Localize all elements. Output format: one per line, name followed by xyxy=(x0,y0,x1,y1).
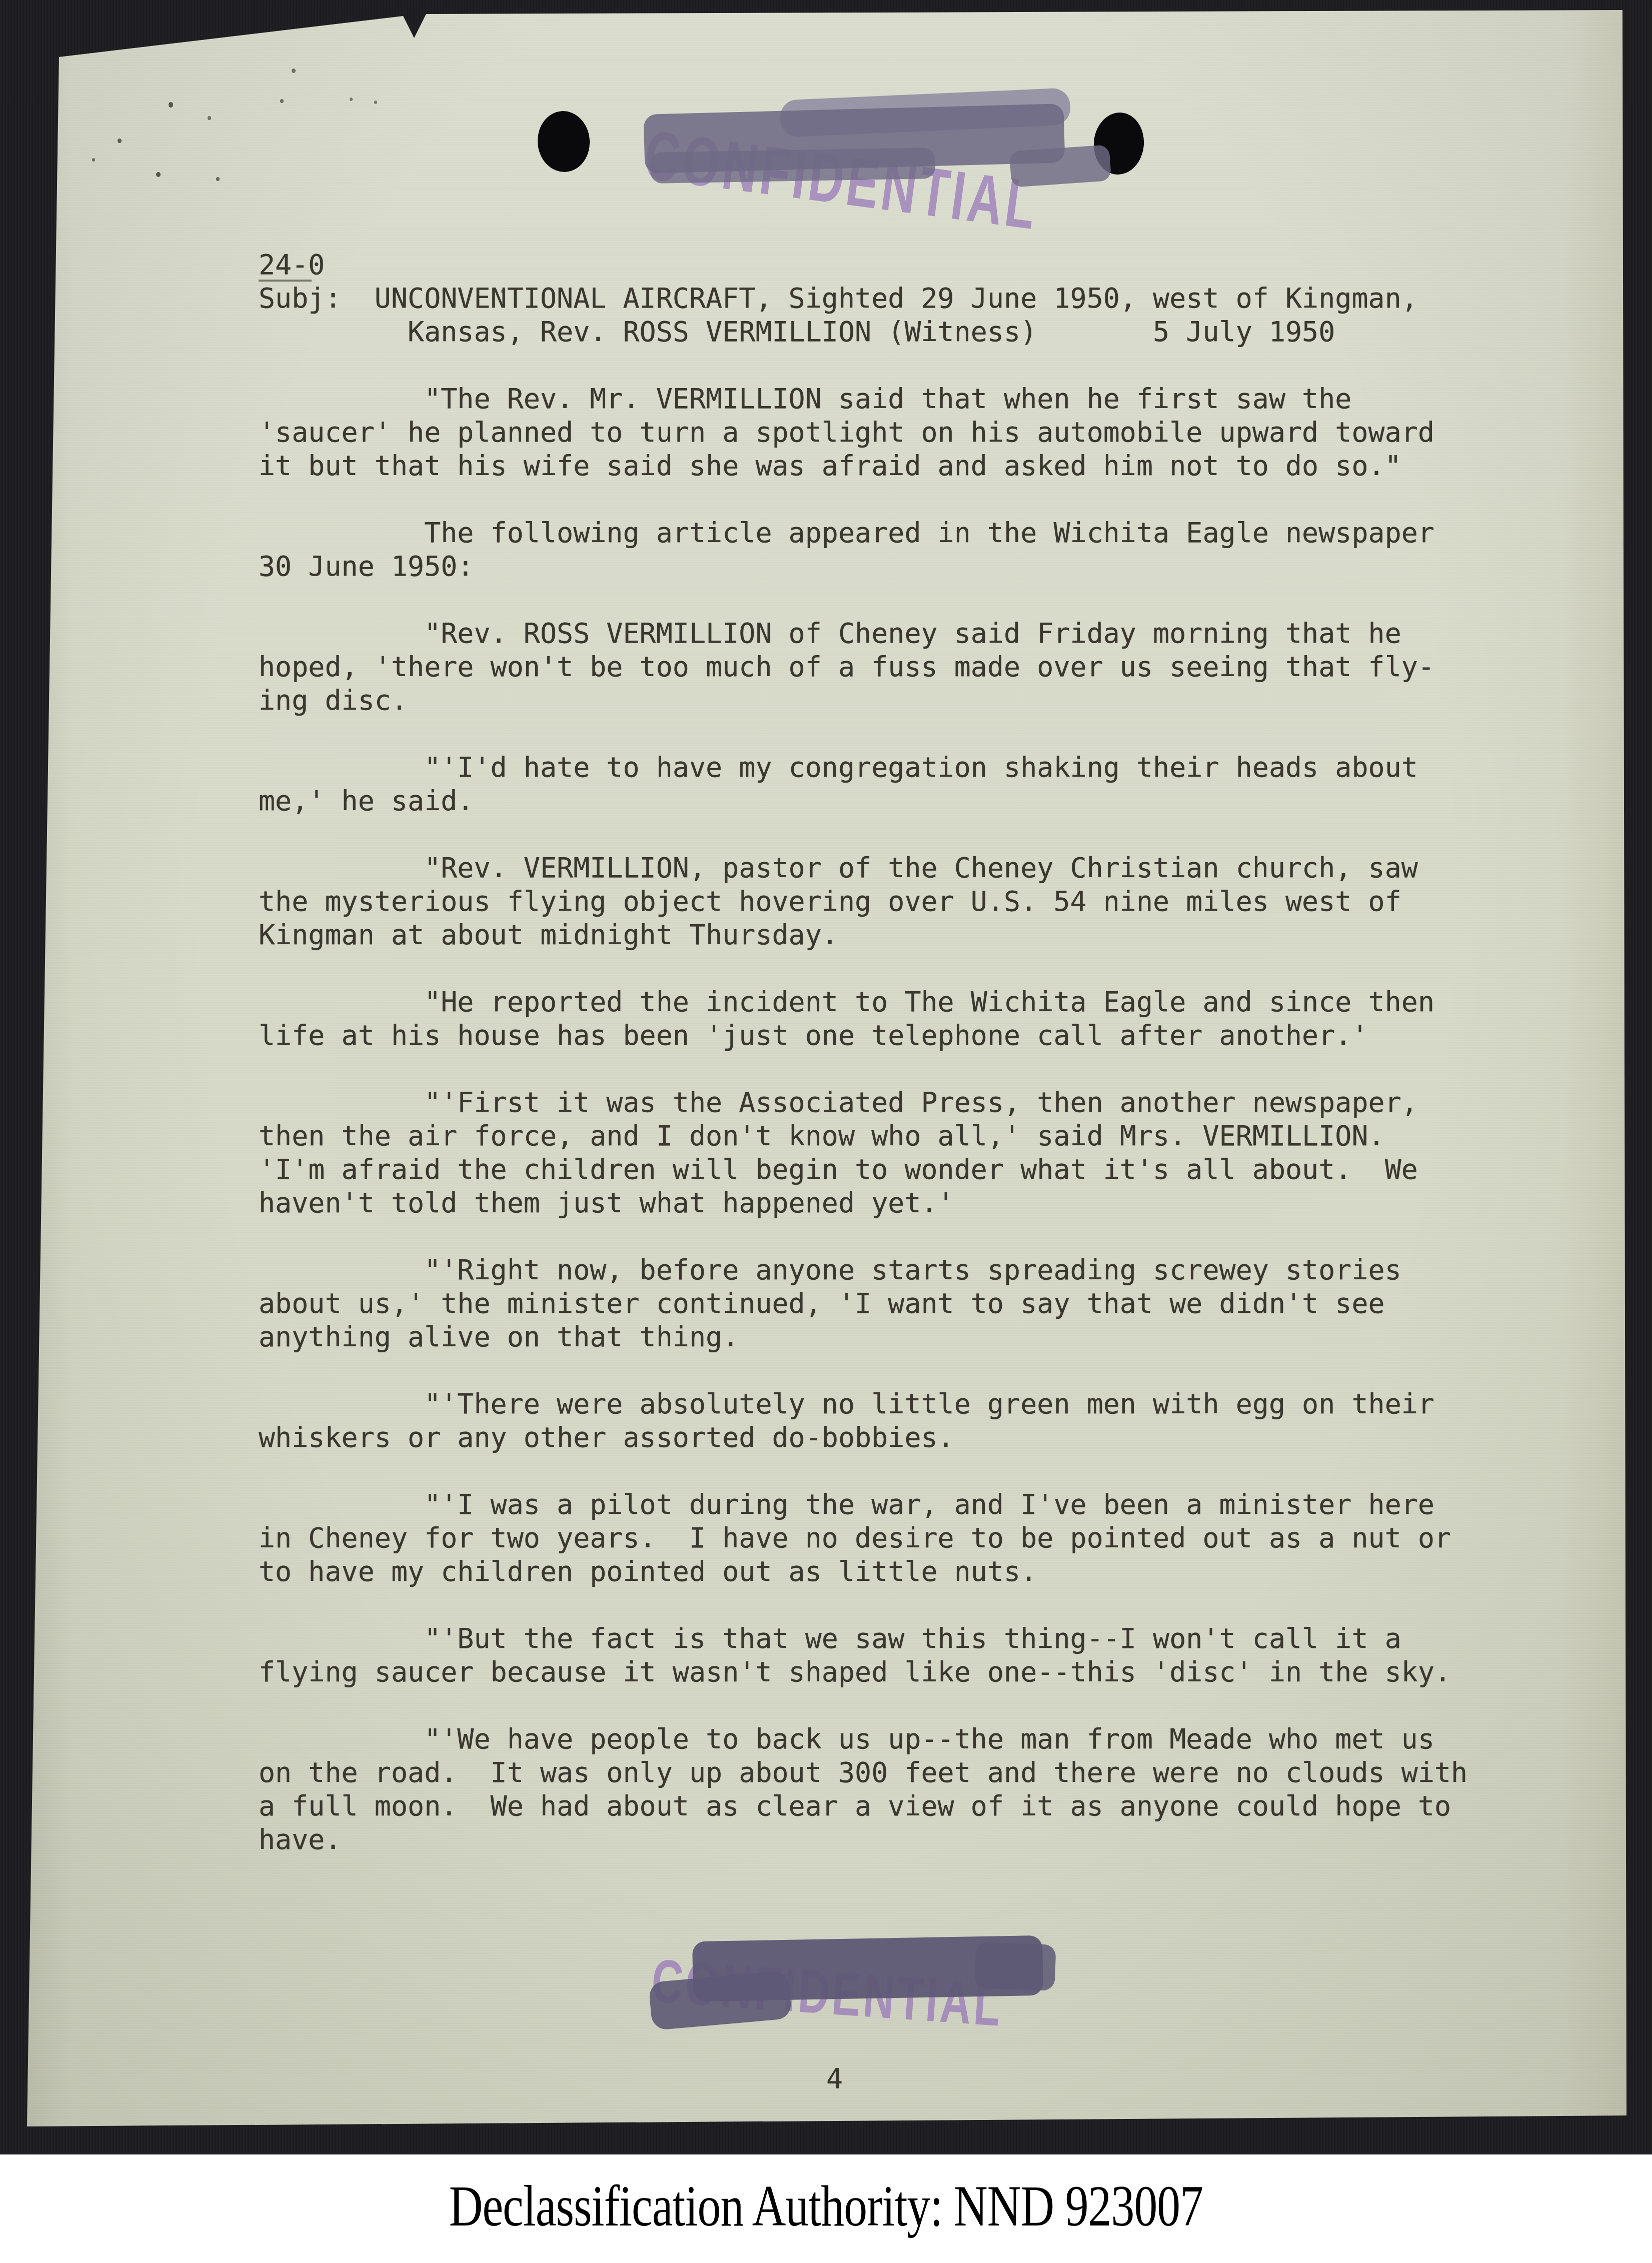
declassification-footer-bar: Declassification Authority: NND 923007 xyxy=(0,2154,1652,2263)
ink-speck xyxy=(92,158,95,162)
ink-speck xyxy=(374,101,377,104)
confidential-stamp-bottom: CONFIDENTIAL xyxy=(649,1945,1005,2040)
ink-speck xyxy=(118,139,122,143)
paragraph: "'Right now, before anyone starts spread… xyxy=(259,1253,1539,1354)
punch-hole-left xyxy=(536,110,592,174)
ink-speck xyxy=(292,69,296,73)
paragraph: "He reported the incident to The Wichita… xyxy=(259,985,1539,1052)
paragraph: "'I was a pilot during the war, and I've… xyxy=(259,1488,1539,1588)
paragraph: "'I'd hate to have my congregation shaki… xyxy=(259,751,1539,818)
paper-sheet: CONFIDENTIAL 24-0 Subj: UNCONVENTIONAL A… xyxy=(24,7,1627,2127)
paragraph: "'First it was the Associated Press, the… xyxy=(259,1086,1539,1220)
page-number: 4 xyxy=(826,2062,843,2095)
paragraph: "'There were absolutely no little green … xyxy=(259,1387,1539,1454)
paragraph: The following article appeared in the Wi… xyxy=(259,516,1539,583)
ink-speck xyxy=(216,177,220,181)
ink-speck xyxy=(169,102,173,108)
typewritten-text-column: 24-0 Subj: UNCONVENTIONAL AIRCRAFT, Sigh… xyxy=(259,248,1539,1856)
paragraph: "'But the fact is that we saw this thing… xyxy=(259,1622,1539,1689)
reference-underline xyxy=(259,280,312,282)
ink-speck xyxy=(501,290,504,293)
subject-block: Subj: UNCONVENTIONAL AIRCRAFT, Sighted 2… xyxy=(259,282,1539,349)
confidential-stamp-top: CONFIDENTIAL xyxy=(640,115,1043,245)
ink-speck xyxy=(350,98,353,101)
paragraph: "Rev. ROSS VERMILLION of Cheney said Fri… xyxy=(259,617,1539,717)
reference-number: 24-0 xyxy=(259,248,1539,282)
paragraph: "The Rev. Mr. VERMILLION said that when … xyxy=(259,382,1539,483)
paragraph: "'We have people to back us up--the man … xyxy=(259,1722,1539,1856)
declassification-authority-text: Declassification Authority: NND 923007 xyxy=(449,2172,1203,2244)
ink-speck xyxy=(280,99,284,103)
scanned-document-page: CONFIDENTIAL 24-0 Subj: UNCONVENTIONAL A… xyxy=(0,0,1652,2263)
ink-speck xyxy=(156,172,161,177)
paragraph: "Rev. VERMILLION, pastor of the Cheney C… xyxy=(259,851,1539,952)
punch-hole-right xyxy=(1091,111,1146,177)
ink-speck xyxy=(208,116,211,120)
redaction-marker-smudge xyxy=(780,88,1071,137)
